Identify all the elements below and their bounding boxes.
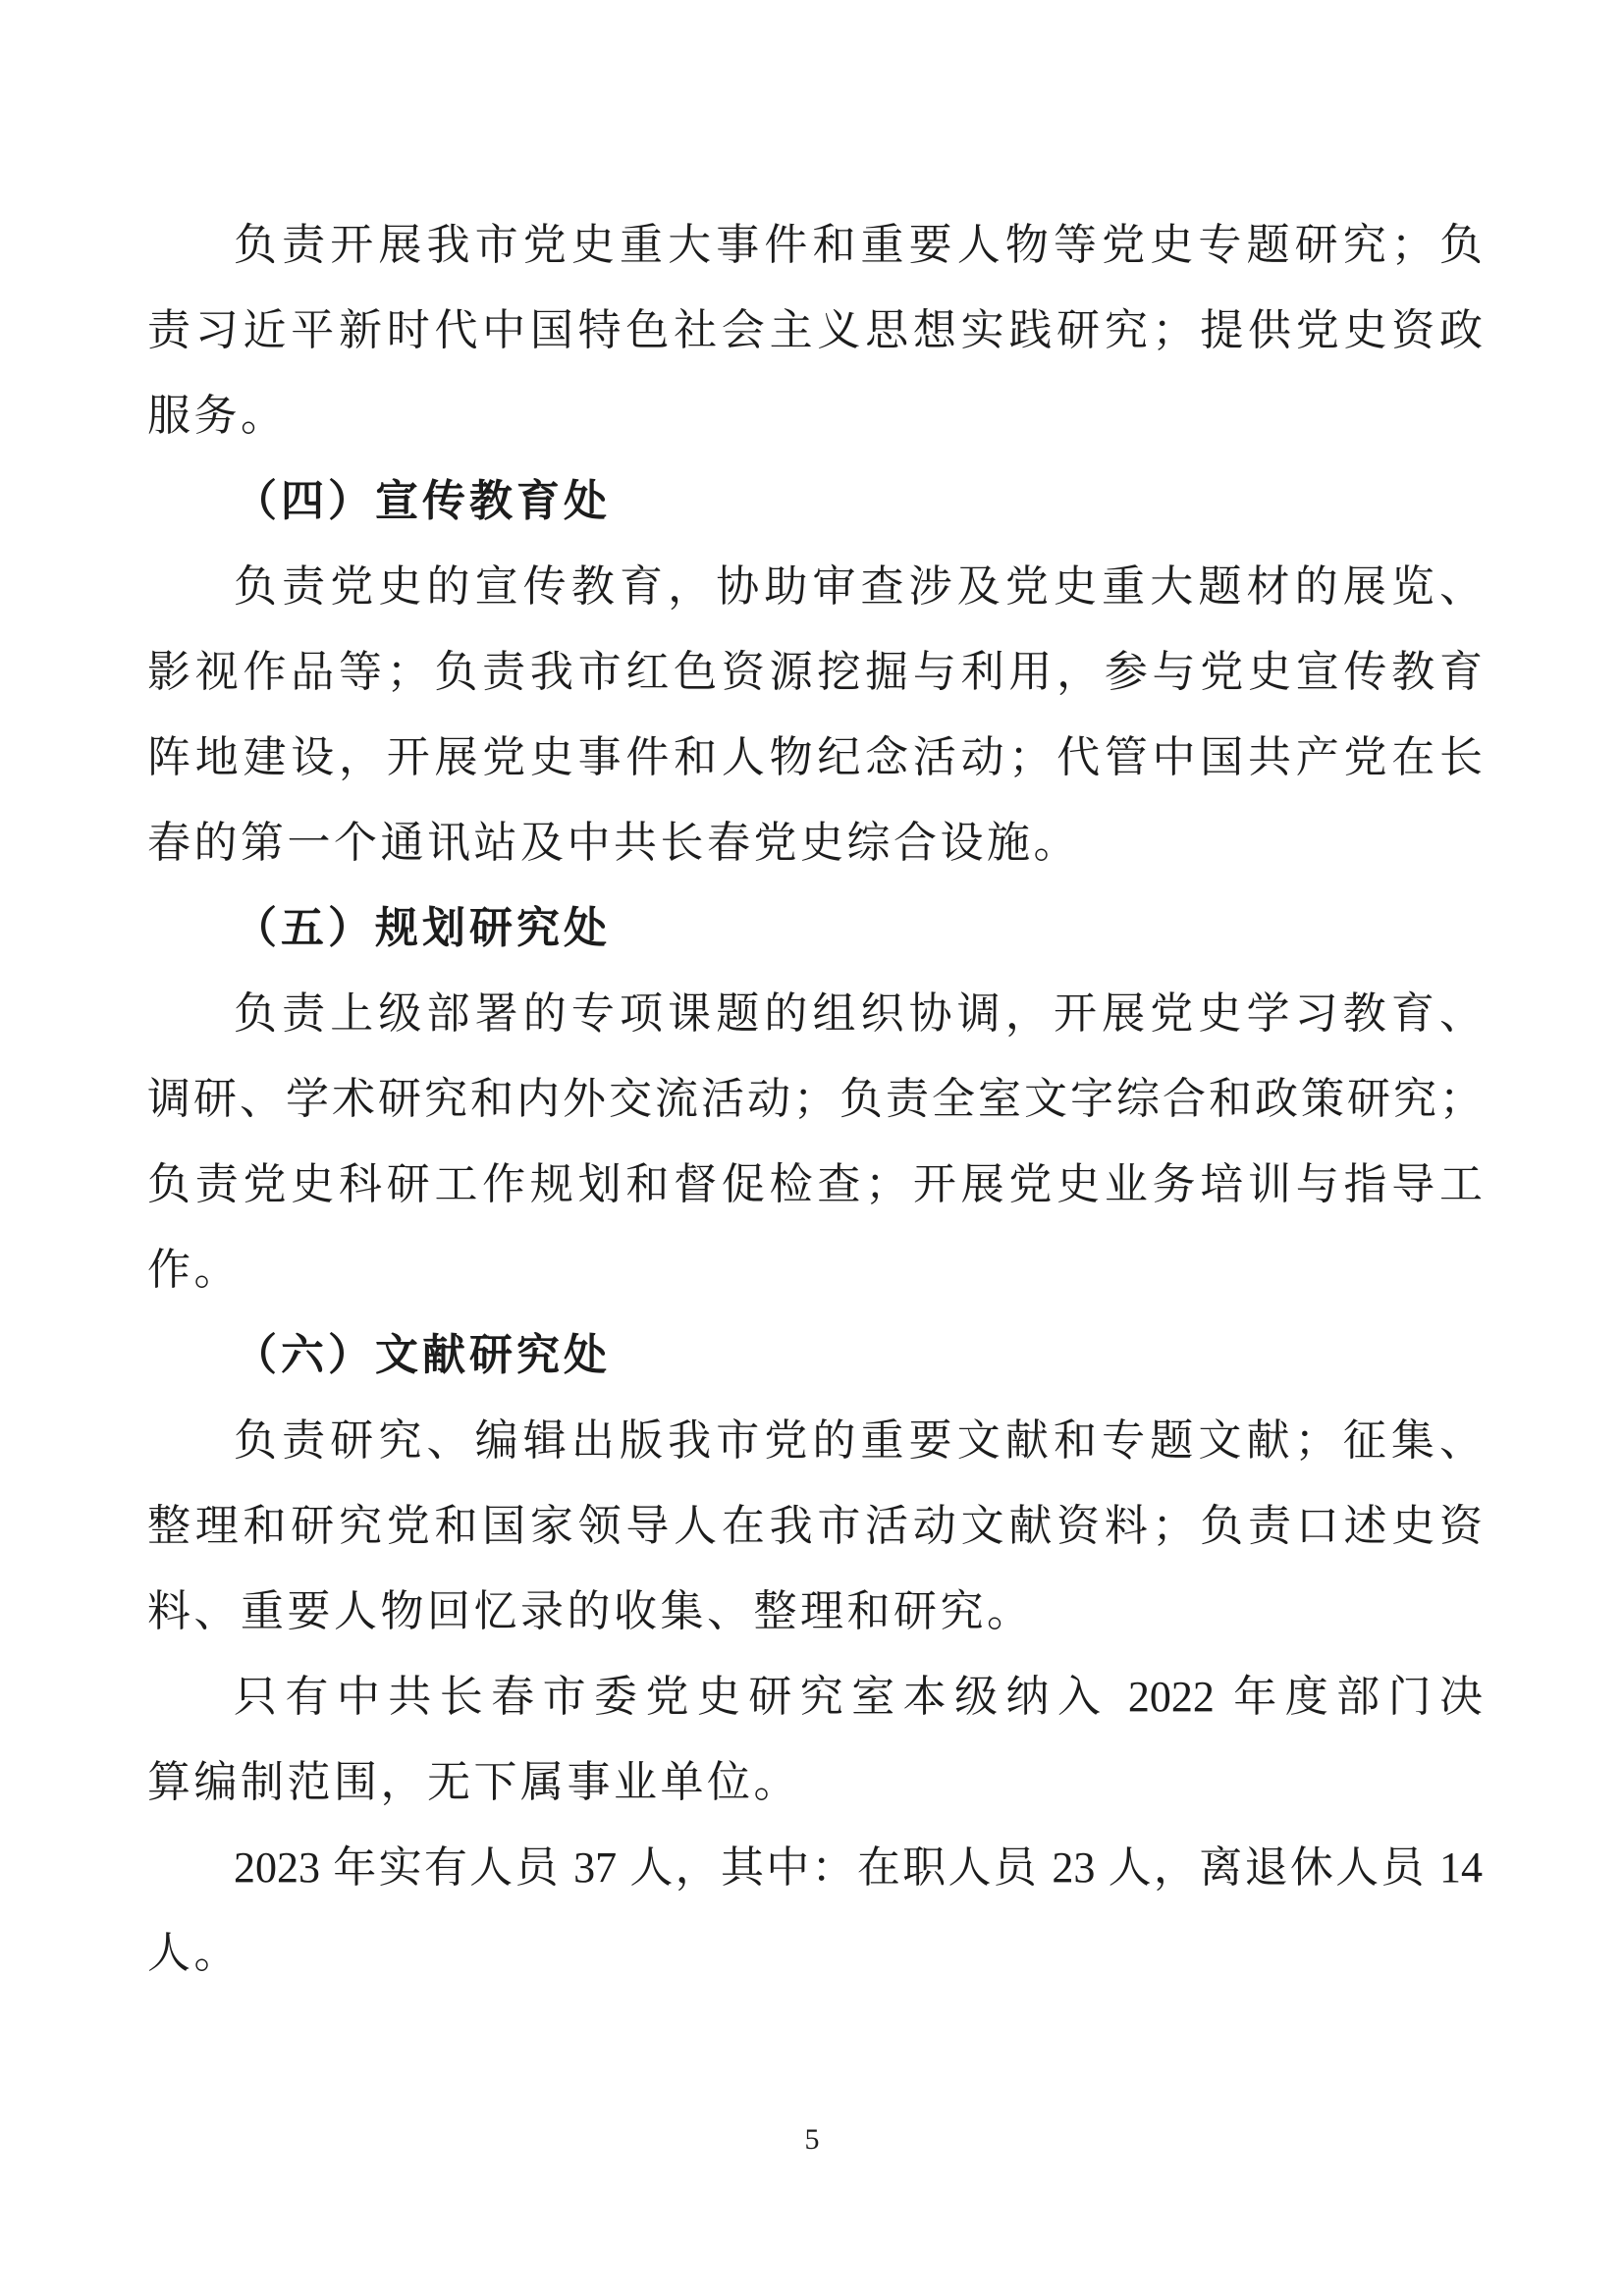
paragraph-line: 负责上级部署的专项课题的组织协调，开展党史学习教育、 (147, 971, 1483, 1056)
document-page: 负责开展我市党史重大事件和重要人物等党史专题研究；负 责习近平新时代中国特色社会… (0, 0, 1624, 2296)
section-heading-6: （六）文献研究处 (147, 1312, 1483, 1398)
section-heading-5: （五）规划研究处 (147, 885, 1483, 971)
paragraph-line: 算编制范围，无下属事业单位。 (147, 1739, 1483, 1825)
paragraph-line: 负责党史的宣传教育，协助审查涉及党史重大题材的展览、 (147, 544, 1483, 629)
paragraph-line: 春的第一个通讯站及中共长春党史综合设施。 (147, 800, 1483, 885)
section-heading-4: （四）宣传教育处 (147, 458, 1483, 544)
paragraph-line: 负责党史科研工作规划和督促检查；开展党史业务培训与指导工 (147, 1142, 1483, 1227)
paragraph-line: 2023 年实有人员 37 人，其中：在职人员 23 人，离退休人员 14 (147, 1825, 1483, 1910)
paragraph-line: 责习近平新时代中国特色社会主义思想实践研究；提供党史资政 (147, 288, 1483, 373)
paragraph-line: 人。 (147, 1910, 1483, 1996)
paragraph-line: 负责开展我市党史重大事件和重要人物等党史专题研究；负 (147, 202, 1483, 288)
paragraph-line: 作。 (147, 1227, 1483, 1312)
paragraph-line: 负责研究、编辑出版我市党的重要文献和专题文献；征集、 (147, 1398, 1483, 1483)
paragraph-line: 调研、学术研究和内外交流活动；负责全室文字综合和政策研究； (147, 1056, 1483, 1142)
paragraph-line: 整理和研究党和国家领导人在我市活动文献资料；负责口述史资 (147, 1483, 1483, 1569)
paragraph-line: 料、重要人物回忆录的收集、整理和研究。 (147, 1569, 1483, 1654)
paragraph-line: 阵地建设，开展党史事件和人物纪念活动；代管中国共产党在长 (147, 715, 1483, 800)
paragraph-line: 服务。 (147, 373, 1483, 458)
paragraph-line: 影视作品等；负责我市红色资源挖掘与利用，参与党史宣传教育 (147, 629, 1483, 715)
document-body: 负责开展我市党史重大事件和重要人物等党史专题研究；负 责习近平新时代中国特色社会… (147, 202, 1483, 1996)
paragraph-line: 只有中共长春市委党史研究室本级纳入 2022 年度部门决 (147, 1654, 1483, 1739)
page-number: 5 (0, 2118, 1624, 2162)
